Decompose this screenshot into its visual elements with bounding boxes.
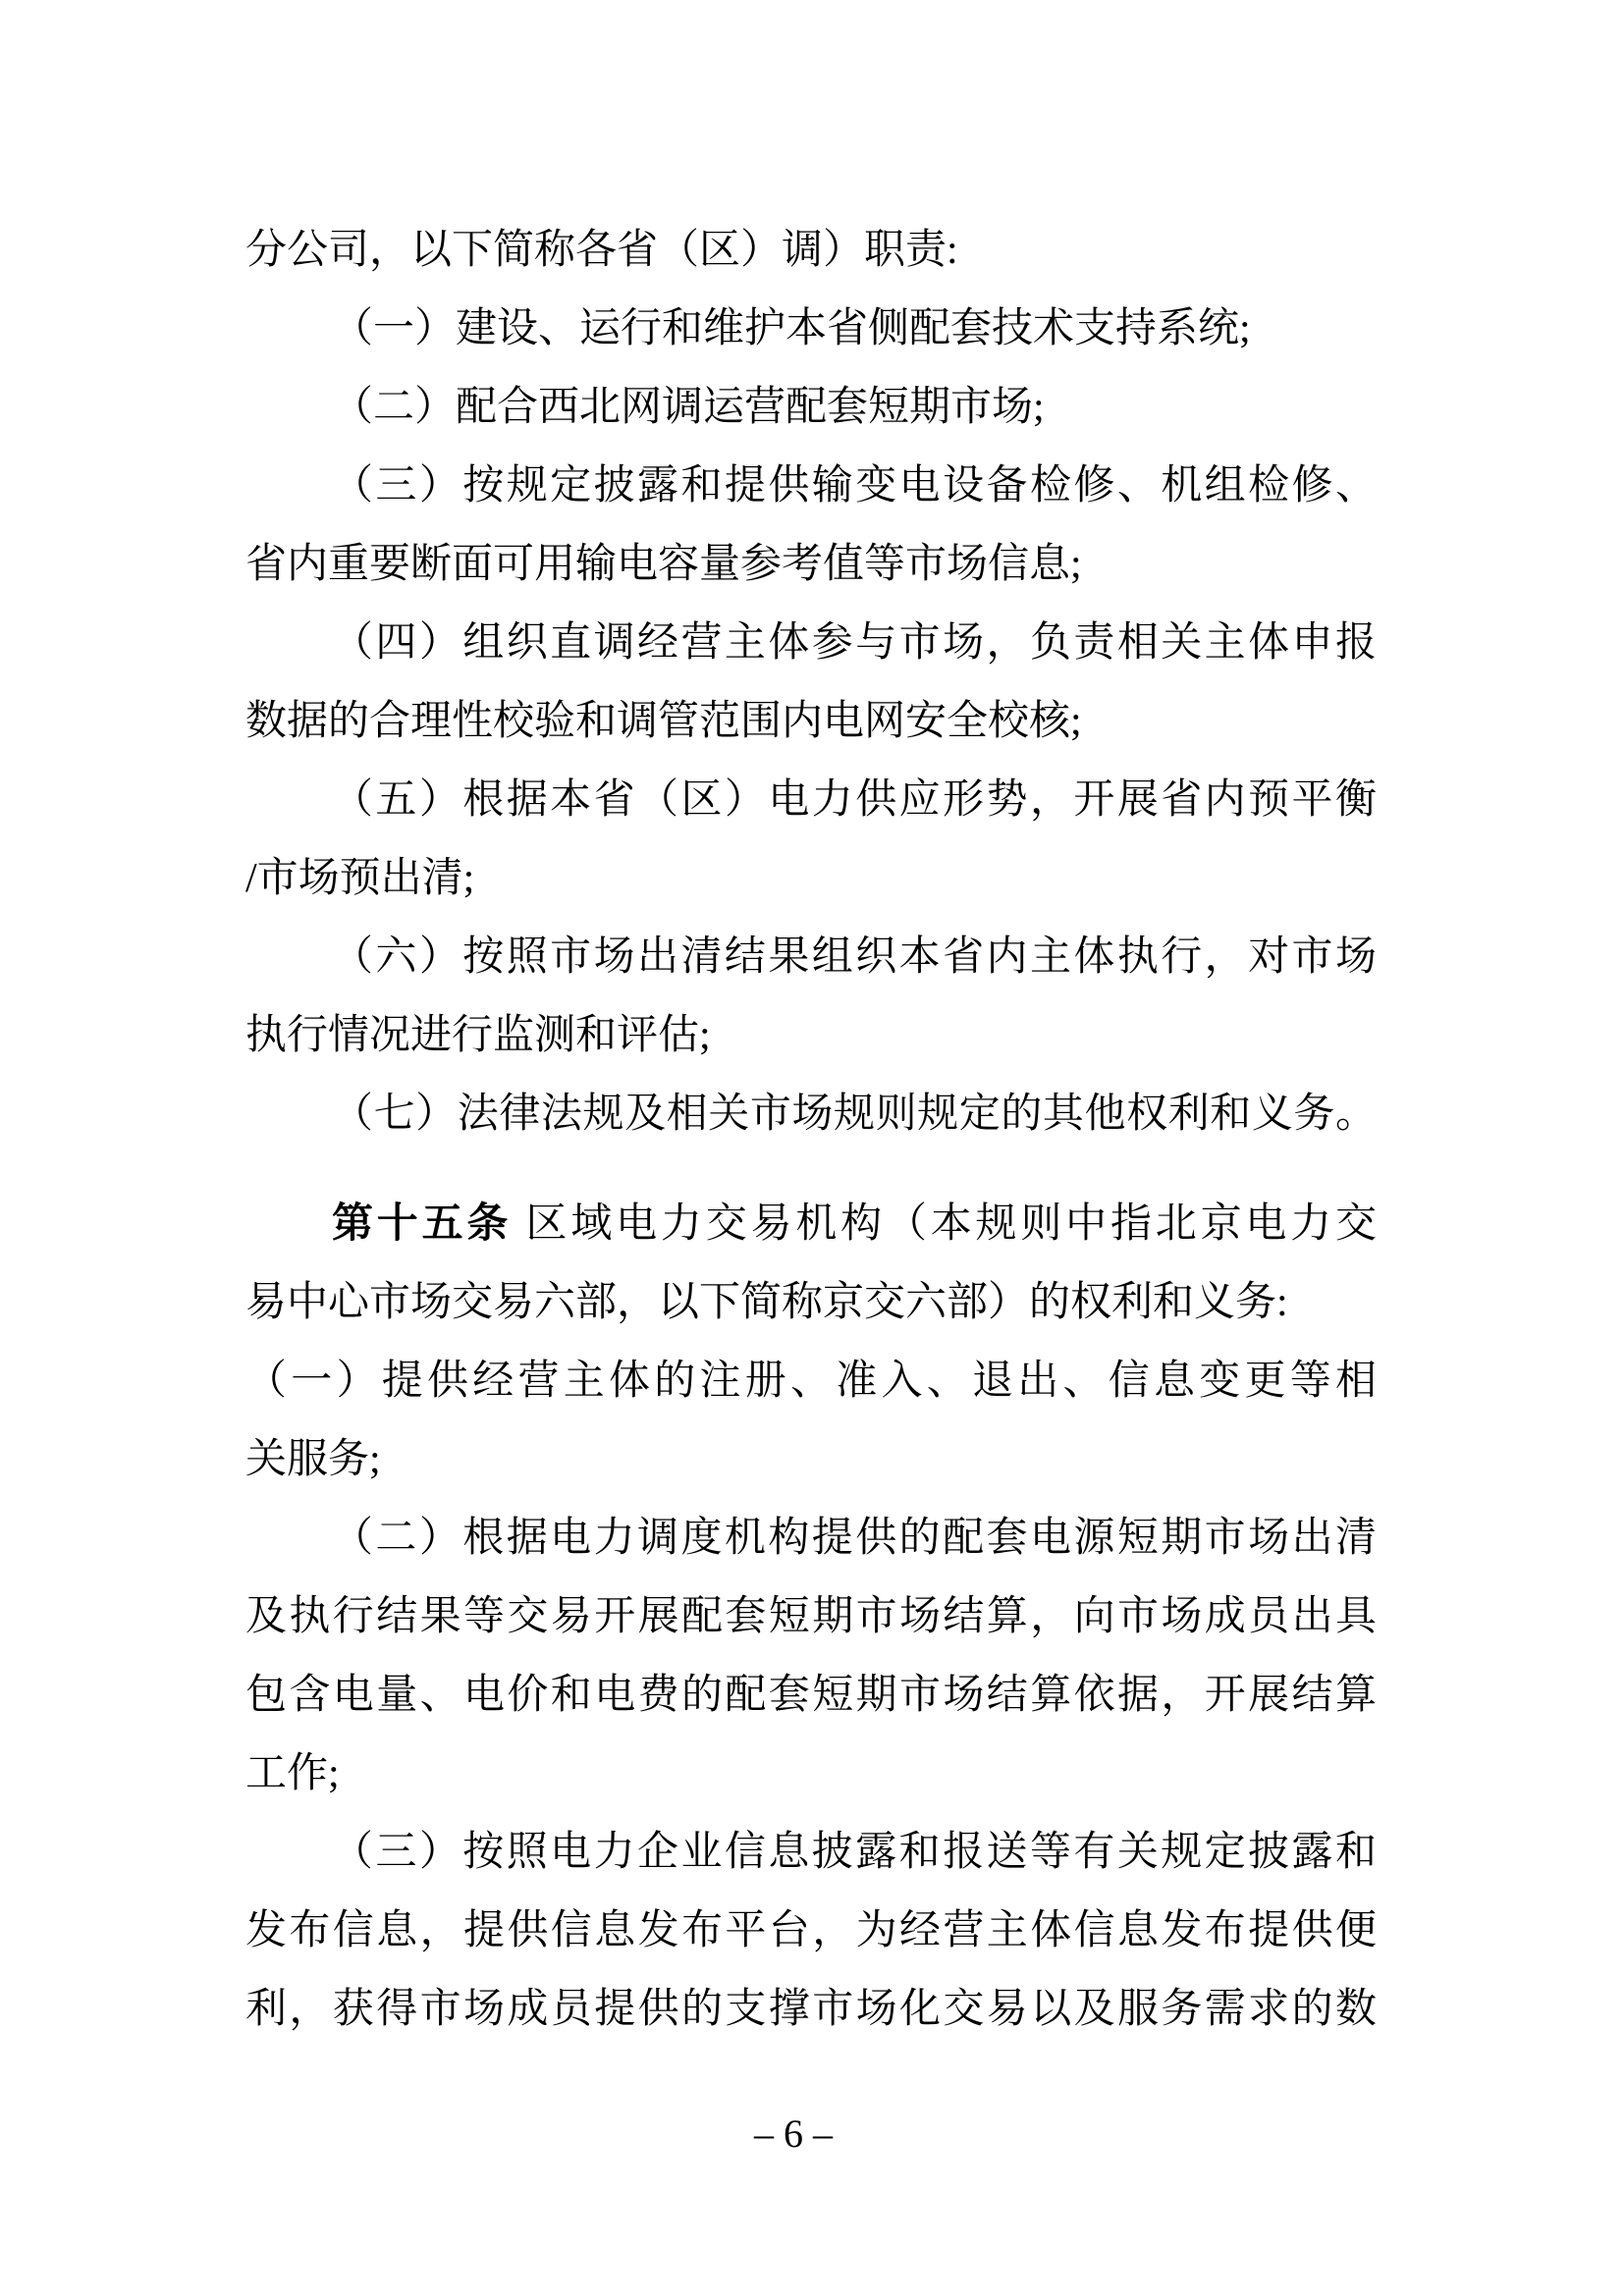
article-heading-line: 第十五条 区域电力交易机构（本规则中指北京电力交 xyxy=(245,1185,1377,1263)
text-line: 工作; xyxy=(245,1735,1377,1813)
page-number: – 6 – xyxy=(754,2111,833,2156)
text-line: 及执行结果等交易开展配套短期市场结算，向市场成员出具 xyxy=(245,1577,1377,1656)
text-line: （三）按规定披露和提供输变电设备检修、机组检修、 xyxy=(245,447,1377,525)
text-line: 包含电量、电价和电费的配套短期市场结算依据，开展结算 xyxy=(245,1656,1377,1735)
text-line: 执行情况进行监测和评估; xyxy=(245,996,1377,1075)
article-number: 第十五条 xyxy=(332,1201,512,1247)
page-footer: – 6 – xyxy=(0,2110,1587,2158)
text-line: 数据的合理性校验和调管范围内电网安全校核; xyxy=(245,682,1377,761)
text-line: （一）提供经营主体的注册、准入、退出、信息变更等相 xyxy=(245,1342,1377,1420)
text-line: （二）根据电力调度机构提供的配套电源短期市场出清 xyxy=(245,1499,1377,1577)
text-line: （五）根据本省（区）电力供应形势，开展省内预平衡 xyxy=(245,761,1377,839)
text-line: 省内重要断面可用输电容量参考值等市场信息; xyxy=(245,525,1377,604)
text-line: 分公司，以下简称各省（区）调）职责: xyxy=(245,211,1377,290)
text-line: 易中心市场交易六部，以下简称京交六部）的权利和义务: xyxy=(245,1263,1377,1342)
text-line: （一）建设、运行和维护本省侧配套技术支持系统; xyxy=(245,290,1377,368)
text-line: 发布信息，提供信息发布平台，为经营主体信息发布提供便 xyxy=(245,1892,1377,1970)
text-line: 利，获得市场成员提供的支撑市场化交易以及服务需求的数 xyxy=(245,1970,1377,2049)
text-line: （七）法律法规及相关市场规则规定的其他权利和义务。 xyxy=(245,1075,1377,1153)
text-line: 关服务; xyxy=(245,1420,1377,1499)
text-line: （三）按照电力企业信息披露和报送等有关规定披露和 xyxy=(245,1813,1377,1892)
text-line: /市场预出清; xyxy=(245,839,1377,918)
text-line: （六）按照市场出清结果组织本省内主体执行，对市场 xyxy=(245,918,1377,996)
text-line: （二）配合西北网调运营配套短期市场; xyxy=(245,368,1377,447)
article-heading-text: 区域电力交易机构（本规则中指北京电力交 xyxy=(512,1201,1377,1247)
document-body: 分公司，以下简称各省（区）调）职责:（一）建设、运行和维护本省侧配套技术支持系统… xyxy=(245,211,1377,2049)
text-line: （四）组织直调经营主体参与市场，负责相关主体申报 xyxy=(245,604,1377,682)
document-page: 分公司，以下简称各省（区）调）职责:（一）建设、运行和维护本省侧配套技术支持系统… xyxy=(0,0,1624,2296)
